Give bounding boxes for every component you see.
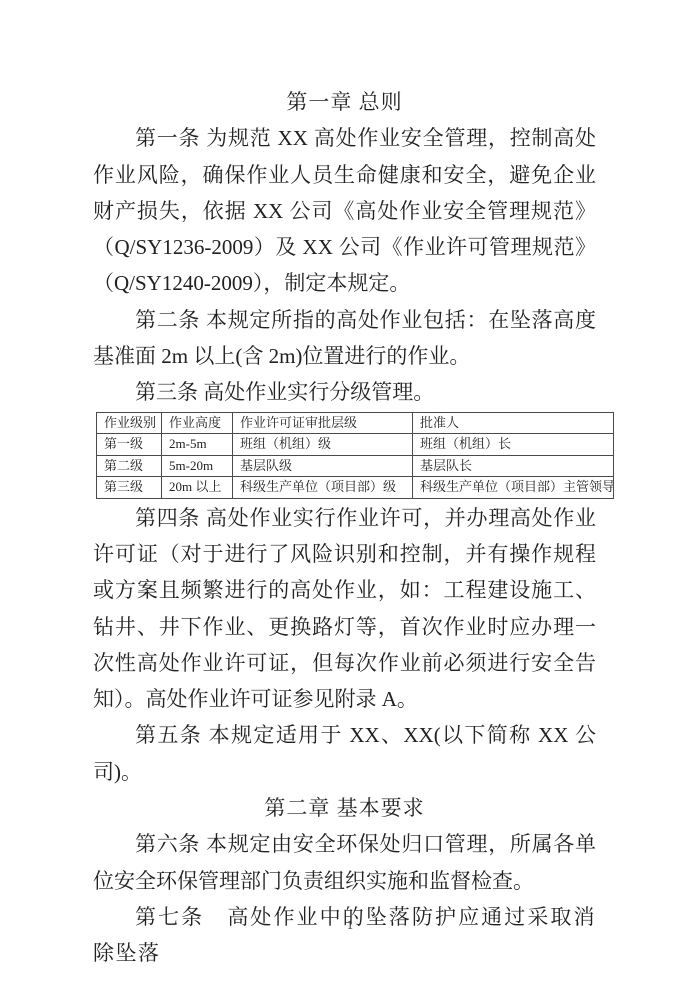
cell-height: 2m-5m	[162, 434, 233, 456]
cell-approval-level: 基层队级	[233, 455, 413, 477]
cell-grade: 第三级	[97, 477, 162, 499]
page-content: 第一章 总则 第一条 为规范 XX 高处作业安全管理，控制高处作业风险，确保作业…	[93, 84, 596, 972]
chapter-1-heading: 第一章 总则	[93, 84, 596, 120]
article-5-paragraph: 第五条 本规定适用于 XX、XX(以下简称 XX 公司)。	[93, 717, 596, 790]
table-header-row: 作业级别 作业高度 作业许可证审批层级 批准人	[97, 412, 614, 434]
cell-approver: 科级生产单位（项目部）主管领导	[413, 477, 614, 499]
article-2-paragraph: 第二条 本规定所指的高处作业包括：在坠落高度基准面 2m 以上(含 2m)位置进…	[93, 302, 596, 375]
cell-approval-level: 班组（机组）级	[233, 434, 413, 456]
cell-grade: 第二级	[97, 455, 162, 477]
header-approver: 批准人	[413, 412, 614, 434]
table-row: 第三级 20m 以上 科级生产单位（项目部）级 科级生产单位（项目部）主管领导	[97, 477, 614, 499]
article-4-paragraph: 第四条 高处作业实行作业许可，并办理高处作业许可证（对于进行了风险识别和控制，并…	[93, 500, 596, 718]
article-7-paragraph: 第七条 高处作业中的坠落防护应通过采取消除坠落	[93, 899, 596, 972]
work-grade-table: 作业级别 作业高度 作业许可证审批层级 批准人 第一级 2m-5m 班组（机组）…	[96, 412, 614, 499]
header-work-height: 作业高度	[162, 412, 233, 434]
table-row: 第二级 5m-20m 基层队级 基层队长	[97, 455, 614, 477]
article-6-paragraph: 第六条 本规定由安全环保处归口管理，所属各单位安全环保管理部门负责组织实施和监督…	[93, 826, 596, 899]
article-1-paragraph: 第一条 为规范 XX 高处作业安全管理，控制高处作业风险，确保作业人员生命健康和…	[93, 120, 596, 301]
table-row: 第一级 2m-5m 班组（机组）级 班组（机组）长	[97, 434, 614, 456]
cell-grade: 第一级	[97, 434, 162, 456]
cell-approval-level: 科级生产单位（项目部）级	[233, 477, 413, 499]
article-3-paragraph: 第三条 高处作业实行分级管理。	[93, 374, 596, 410]
page-number: 1	[0, 918, 700, 933]
cell-approver: 班组（机组）长	[413, 434, 614, 456]
cell-approver: 基层队长	[413, 455, 614, 477]
cell-height: 5m-20m	[162, 455, 233, 477]
cell-height: 20m 以上	[162, 477, 233, 499]
header-permit-approval-level: 作业许可证审批层级	[233, 412, 413, 434]
document-page: 第一章 总则 第一条 为规范 XX 高处作业安全管理，控制高处作业风险，确保作业…	[0, 0, 700, 990]
chapter-2-heading: 第二章 基本要求	[93, 790, 596, 826]
header-work-grade: 作业级别	[97, 412, 162, 434]
